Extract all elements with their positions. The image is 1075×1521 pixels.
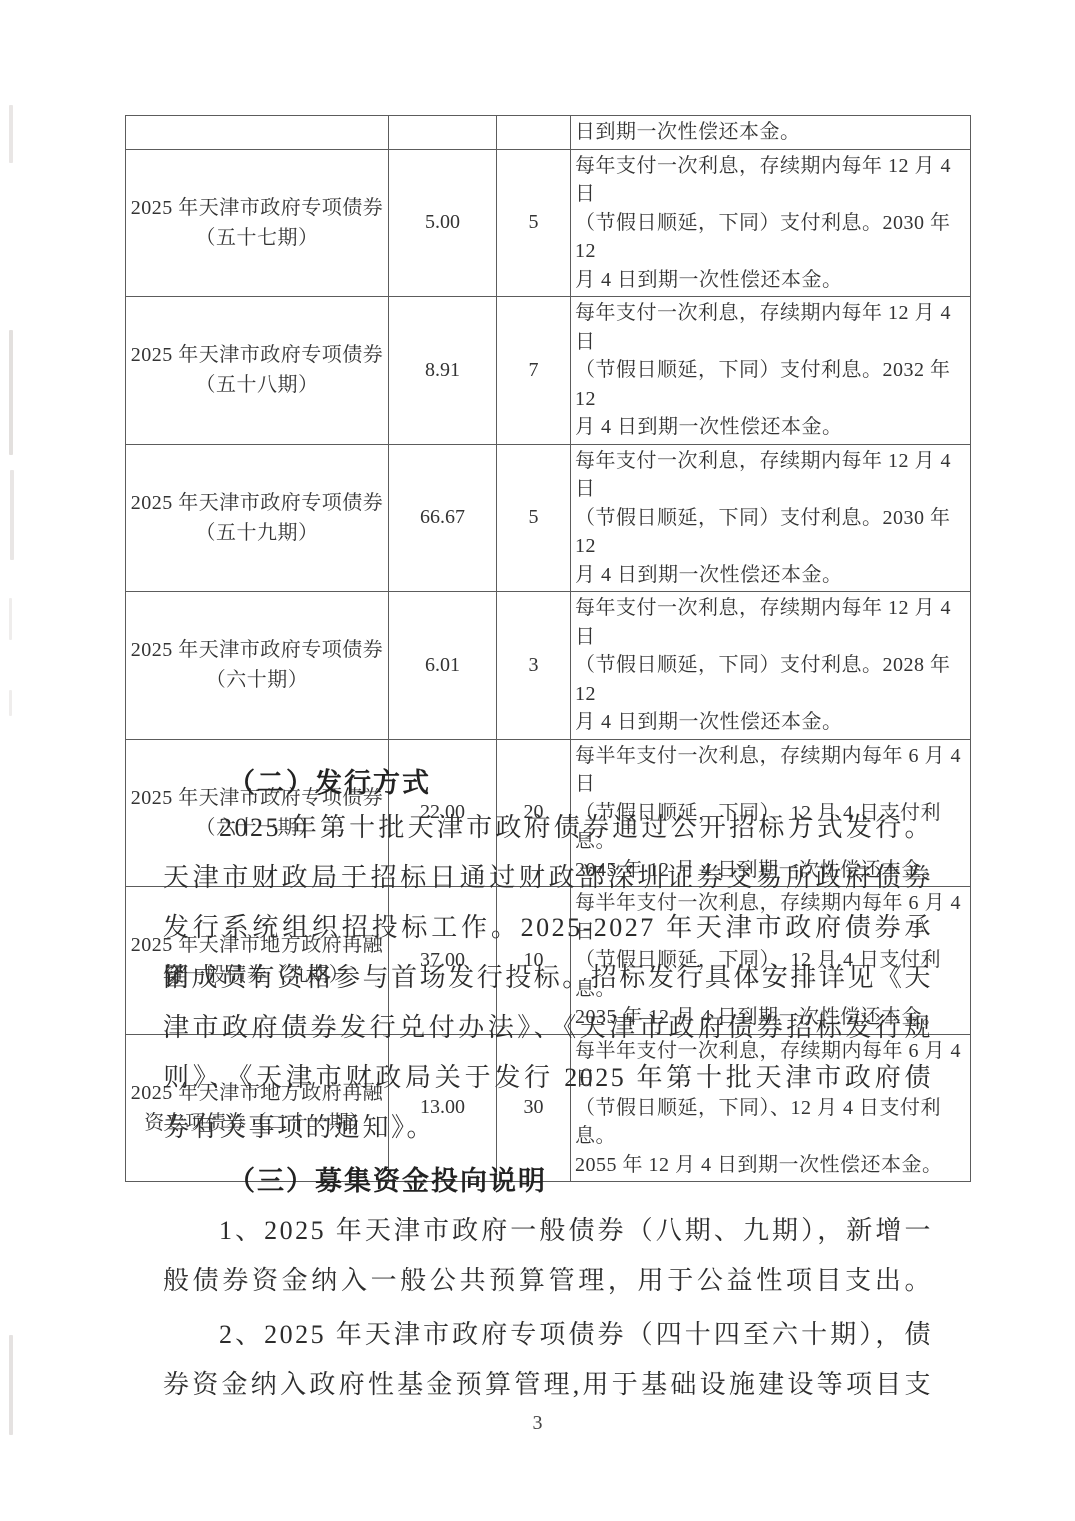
paragraph-line: 券资金纳入政府性基金预算管理,用于基础设施建设等项目支 xyxy=(163,1360,933,1410)
paragraph-line: 团成员有资格参与首场发行投标。招标发行具体安排详见《天 xyxy=(163,953,933,1003)
bond-term-cell: 7 xyxy=(497,297,571,445)
bond-desc-cell: 日到期一次性偿还本金。 xyxy=(571,116,971,150)
scan-artifact xyxy=(9,330,13,455)
bond-amount-cell: 8.91 xyxy=(389,297,497,445)
table-row: 2025 年天津市政府专项债券 （六十期） 6.01 3 每年支付一次利息，存续… xyxy=(126,592,971,740)
bond-name-cell: 2025 年天津市政府专项债券 （五十七期） xyxy=(126,149,389,297)
bond-term-cell: 5 xyxy=(497,444,571,592)
table-row: 日到期一次性偿还本金。 xyxy=(126,116,971,150)
scan-artifact xyxy=(10,470,14,560)
paragraph-line: 天津市财政局于招标日通过财政部深圳证券交易所政府债券 xyxy=(163,853,933,903)
scan-artifact xyxy=(9,598,12,640)
bond-name-cell: 2025 年天津市政府专项债券 （六十期） xyxy=(126,592,389,740)
bond-amount-cell: 5.00 xyxy=(389,149,497,297)
bond-desc-cell: 每年支付一次利息，存续期内每年 12 月 4 日 （节假日顺延，下同）支付利息。… xyxy=(571,149,971,297)
section-heading-fund-use: （三）募集资金投向说明 xyxy=(228,1158,547,1204)
bond-amount-cell: 6.01 xyxy=(389,592,497,740)
document-page: 日到期一次性偿还本金。 2025 年天津市政府专项债券 （五十七期） 5.00 … xyxy=(0,0,1075,1521)
page-number: 3 xyxy=(0,1412,1075,1435)
paragraph-line: 1、2025 年天津市政府一般债券（八期、九期），新增一 xyxy=(163,1206,933,1256)
paragraph-line: 2025 年第十批天津市政府债券通过公开招标方式发行。 xyxy=(163,803,933,853)
bond-term-cell xyxy=(497,116,571,150)
bond-desc-cell: 每年支付一次利息，存续期内每年 12 月 4 日 （节假日顺延，下同）支付利息。… xyxy=(571,444,971,592)
paragraph-line: 2、2025 年天津市政府专项债券（四十四至六十期），债 xyxy=(163,1310,933,1360)
paragraph-line: 则》、《天津市财政局关于发行 2025 年第十批天津市政府债 xyxy=(163,1053,933,1103)
section-heading-issuance-method: （二）发行方式 xyxy=(228,760,431,806)
bond-name-cell xyxy=(126,116,389,150)
bond-name-cell: 2025 年天津市政府专项债券 （五十八期） xyxy=(126,297,389,445)
table-row: 2025 年天津市政府专项债券 （五十七期） 5.00 5 每年支付一次利息，存… xyxy=(126,149,971,297)
paragraph-line: 券有关事项的通知》。 xyxy=(163,1103,933,1153)
table-row: 2025 年天津市政府专项债券 （五十八期） 8.91 7 每年支付一次利息，存… xyxy=(126,297,971,445)
bond-term-cell: 5 xyxy=(497,149,571,297)
scan-artifact xyxy=(9,105,13,163)
paragraph-line: 津市政府债券发行兑付办法》、《天津市政府债券招标发行规 xyxy=(163,1003,933,1053)
bond-term-cell: 3 xyxy=(497,592,571,740)
paragraph-line: 发行系统组织招投标工作。2025-2027 年天津市政府债券承销 xyxy=(163,903,933,953)
table-row: 2025 年天津市政府专项债券 （五十九期） 66.67 5 每年支付一次利息，… xyxy=(126,444,971,592)
bond-desc-cell: 每年支付一次利息，存续期内每年 12 月 4 日 （节假日顺延，下同）支付利息。… xyxy=(571,592,971,740)
bond-amount-cell xyxy=(389,116,497,150)
paragraph-line: 般债券资金纳入一般公共预算管理，用于公益性项目支出。 xyxy=(163,1256,933,1306)
bond-name-cell: 2025 年天津市政府专项债券 （五十九期） xyxy=(126,444,389,592)
scan-artifact xyxy=(9,690,12,716)
bond-amount-cell: 66.67 xyxy=(389,444,497,592)
bond-desc-cell: 每年支付一次利息，存续期内每年 12 月 4 日 （节假日顺延，下同）支付利息。… xyxy=(571,297,971,445)
